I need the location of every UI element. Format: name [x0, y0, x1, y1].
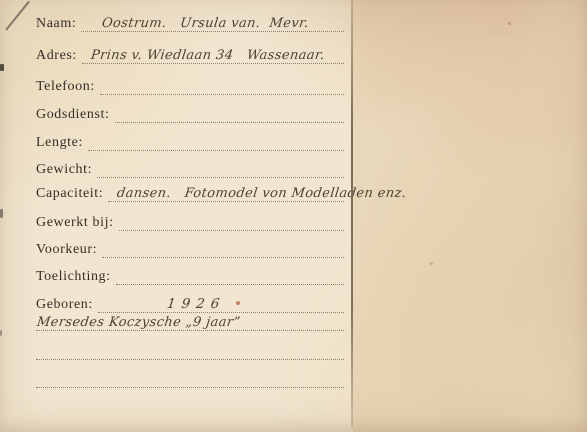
field-label: Naam:: [36, 15, 76, 32]
dotted-rule: [88, 133, 344, 151]
rust-fleck: [508, 22, 511, 25]
form-row-gewicht: Gewicht:: [36, 160, 344, 178]
form-row-toelichting: Toelichting:: [36, 267, 344, 285]
card-fold-line: [351, 0, 353, 427]
field-value-handwriting: Prins v. Wiedlaan 34 Wassenaar.: [90, 48, 326, 63]
dotted-rule: dansen. Fotomodel von Modelladen enz.: [108, 184, 344, 202]
edge-speck: [0, 209, 3, 218]
dotted-rule: [100, 77, 344, 95]
field-label: Lengte:: [36, 134, 83, 151]
dotted-rule: Oostrum. Ursula van. Mevr.: [81, 14, 344, 32]
note-line: Mersedes Koczysche „9 jaar”: [36, 310, 344, 331]
form-row-gewerkt-bij: Gewerkt bij:: [36, 213, 344, 231]
scanned-card: Naam: Oostrum. Ursula van. Mevr. Adres: …: [0, 0, 587, 432]
field-label: Voorkeur:: [36, 241, 97, 258]
field-label: Toelichting:: [36, 268, 111, 285]
rust-fleck: [430, 262, 433, 265]
form-row-telefoon: Telefoon:: [36, 77, 344, 95]
dotted-rule: [116, 267, 344, 285]
blank-dotted-line: [36, 377, 344, 388]
dotted-rule: [115, 105, 345, 123]
field-label: Gewicht:: [36, 161, 92, 178]
field-label: Telefoon:: [36, 78, 95, 95]
edge-speck: [0, 330, 2, 336]
field-label: Adres:: [36, 47, 77, 64]
blank-dotted-line: [36, 349, 344, 360]
form-row-naam: Naam: Oostrum. Ursula van. Mevr.: [36, 14, 344, 32]
dotted-rule: [97, 160, 344, 178]
dotted-rule: [102, 240, 344, 258]
edge-speck: [0, 64, 4, 71]
field-label: Gewerkt bij:: [36, 214, 114, 231]
field-label: Godsdienst:: [36, 106, 110, 123]
form-row-capaciteit: Capaciteit: dansen. Fotomodel von Modell…: [36, 184, 344, 202]
field-label: Capaciteit:: [36, 185, 103, 202]
form-row-adres: Adres: Prins v. Wiedlaan 34 Wassenaar.: [36, 46, 344, 64]
dotted-rule: Prins v. Wiedlaan 34 Wassenaar.: [82, 46, 344, 64]
form-row-lengte: Lengte:: [36, 133, 344, 151]
dotted-rule: [119, 213, 344, 231]
field-value-handwriting: Oostrum. Ursula van. Mevr.: [101, 16, 310, 31]
corner-crease-mark: [5, 1, 30, 31]
form-row-godsdienst: Godsdienst:: [36, 105, 344, 123]
field-value-handwriting: dansen. Fotomodel von Modelladen enz.: [116, 186, 407, 201]
note-handwriting: Mersedes Koczysche „9 jaar”: [36, 315, 241, 330]
form-row-voorkeur: Voorkeur:: [36, 240, 344, 258]
